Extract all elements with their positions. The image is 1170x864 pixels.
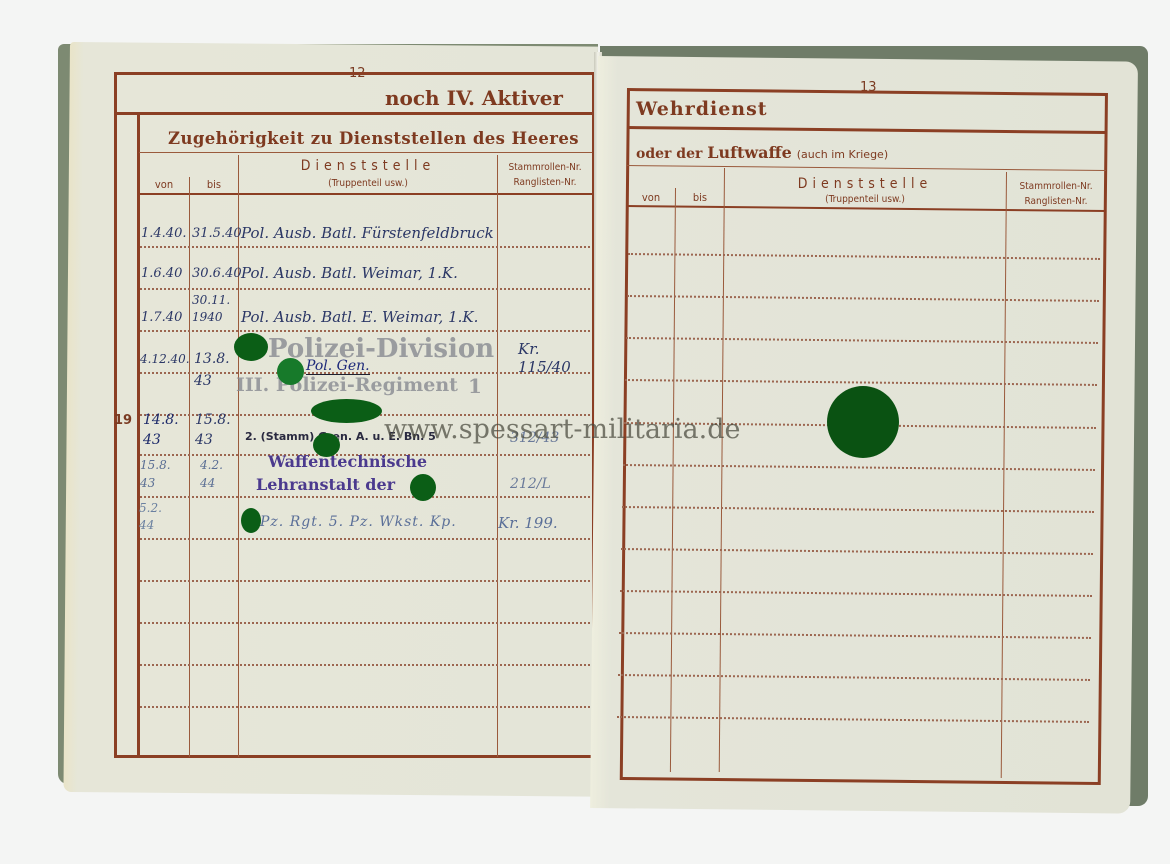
row2-von: 1.6.40 — [141, 266, 182, 281]
col-ranglisten: Ranglisten-Nr. — [497, 177, 593, 188]
right-col-ranglisten: Ranglisten-Nr. — [1006, 196, 1106, 207]
row7-nr: Kr. 199. — [498, 514, 558, 532]
watermark: www.spessart-militaria.de — [384, 414, 740, 445]
margin-number: 19 — [114, 413, 132, 428]
row4-bis: 13.8. 43 — [194, 348, 234, 392]
stamp-polizei-regiment: III. Polizei-Regiment — [236, 374, 458, 396]
censor-dot-large — [827, 386, 899, 458]
left-section-title: Zugehörigkeit zu Dienststellen des Heere… — [168, 129, 579, 148]
left-header-title: noch IV. Aktiver — [385, 86, 563, 110]
row6-nr: 212/L — [510, 476, 551, 492]
stamp-waffentechnische: Waffentechnische — [268, 452, 427, 471]
censor-dot — [241, 508, 261, 533]
row1-dienststelle: Pol. Ausb. Batl. Fürstenfeldbruck — [241, 224, 494, 242]
row5-bis: 15.8. 43 — [195, 410, 235, 450]
right-col-von: von — [628, 191, 674, 204]
censor-dot — [313, 433, 340, 457]
censor-dot — [410, 474, 436, 501]
right-col-dienststelle: Dienststelle — [725, 176, 1005, 192]
row3-bis: 30.11. 1940 — [192, 292, 232, 326]
stamp-polizei-division: Polizei-Division — [268, 334, 494, 364]
row6-bis: 4.2. 44 — [200, 456, 236, 492]
handwritten-pol-gen: Pol. Gen. — [306, 358, 370, 375]
right-col-stammrollen: Stammrollen-Nr. — [1006, 181, 1106, 192]
row4-nr: Kr. 115/40 — [518, 340, 588, 376]
row6-von: 15.8. 43 — [140, 456, 180, 492]
row5-von: 14.8. 43 — [143, 410, 183, 450]
row2-bis: 30.6.40 — [192, 266, 242, 281]
right-section-title: oder der Luftwaffe (auch im Kriege) — [636, 143, 888, 162]
row1-von: 1.4.40. — [141, 226, 186, 241]
censor-dot — [311, 399, 382, 423]
col-stammrollen: Stammrollen-Nr. — [497, 162, 593, 173]
row7-dienststelle: Pz. Rgt. 5. Pz. Wkst. Kp. — [260, 514, 457, 530]
col-dienststelle: Dienststelle — [239, 158, 497, 174]
right-header-title: Wehrdienst — [636, 98, 768, 120]
col-dienststelle-sub: (Truppenteil usw.) — [239, 178, 497, 189]
row1-bis: 31.5.40 — [192, 226, 242, 241]
right-col-dienststelle-sub: (Truppenteil usw.) — [725, 194, 1005, 205]
censor-dot — [277, 358, 304, 385]
row3-von: 1.7.40 — [141, 310, 182, 325]
stamp-regiment-number: 1 — [468, 374, 482, 398]
col-von: von — [140, 178, 188, 191]
col-bis: bis — [190, 178, 238, 191]
row7-von: 5.2. 44 — [139, 500, 179, 534]
right-col-bis: bis — [676, 191, 724, 204]
row3-dienststelle: Pol. Ausb. Batl. E. Weimar, 1.K. — [241, 308, 478, 326]
row4-von: 4.12.40. — [140, 352, 190, 366]
row2-dienststelle: Pol. Ausb. Batl. Weimar, 1.K. — [241, 264, 458, 282]
censor-dot — [234, 333, 268, 361]
stamp-lehranstalt: Lehranstalt der — [256, 475, 395, 494]
